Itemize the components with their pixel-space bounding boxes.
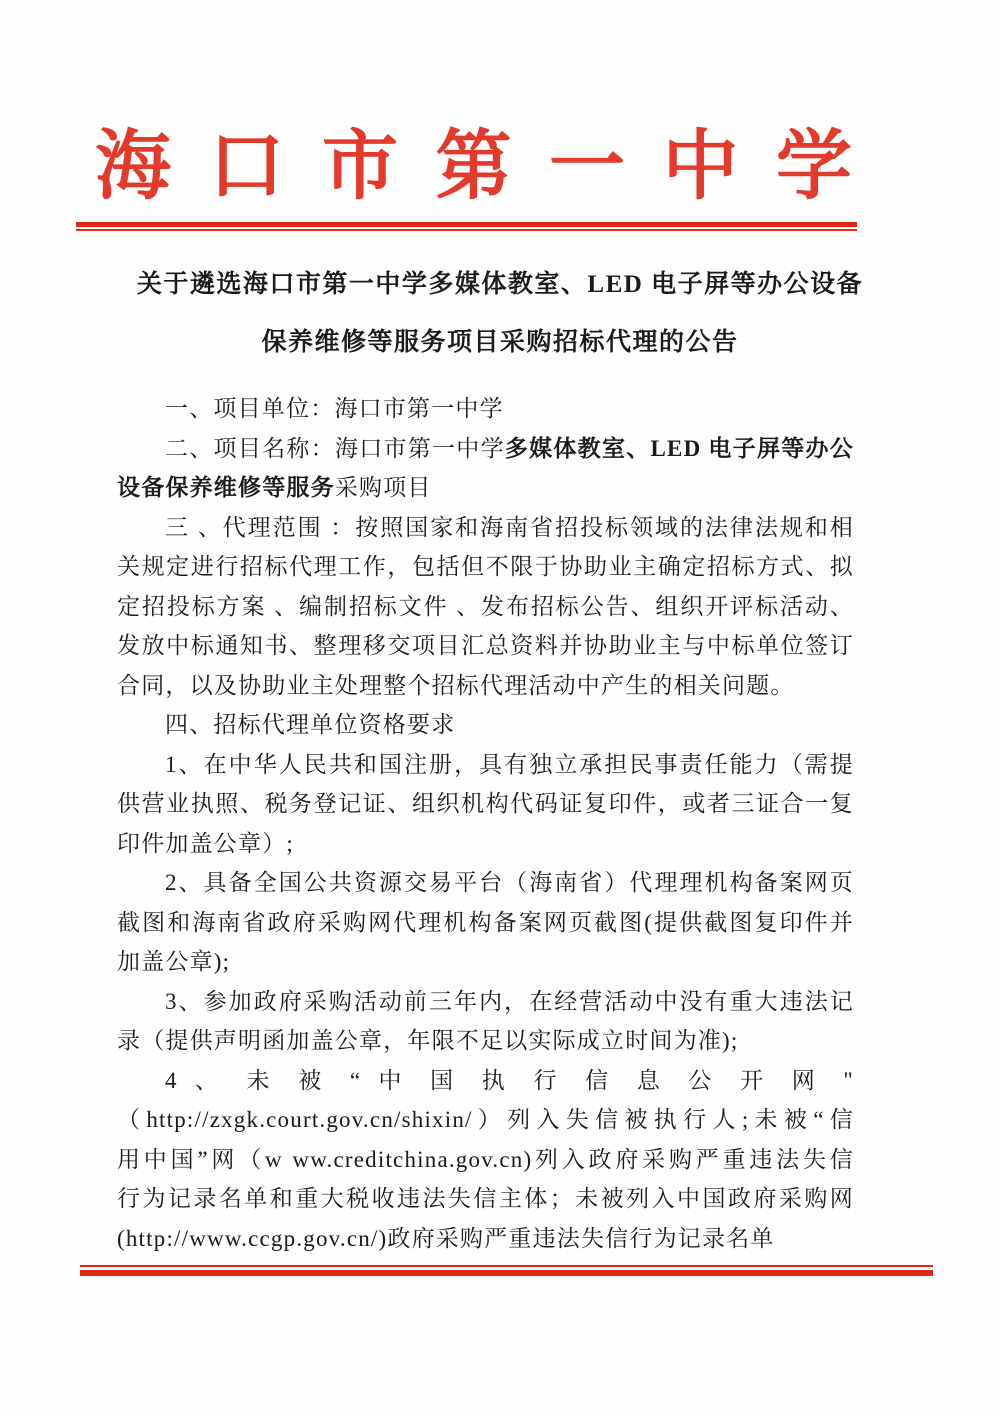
body-line: 用中国”网（w ww.creditchina.gov.cn)列入政府采购严重违法…: [117, 1140, 854, 1180]
body-line: 发放中标通知书、整理移交项目汇总资料并协助业主与中标单位签订: [117, 626, 854, 666]
body-line: (http://www.ccgp.gov.cn/)政府采购严重违法失信行为记录名…: [117, 1219, 854, 1259]
announcement-title-line1: 关于遴选海口市第一中学多媒体教室、LED 电子屏等办公设备: [0, 270, 1000, 300]
body-line: 截图和海南省政府采购网代理机构备案网页截图(提供截图复印件并: [117, 903, 854, 943]
body-line: 2、具备全国公共资源交易平台（海南省）代理理机构备案网页: [117, 863, 854, 903]
text-run: 二、项目名称：海口市第一中学: [165, 436, 505, 461]
body-line: 一、项目单位：海口市第一中学: [117, 389, 854, 429]
announcement-title-line2: 保养维修等服务项目采购招标代理的公告: [0, 328, 1000, 358]
body-line: 三 、代理范围 ：按照国家和海南省招投标领域的法律法规和相: [117, 508, 854, 548]
letterhead-char: 口: [209, 118, 285, 214]
text-run-bold: 设备保养维修等服务: [117, 475, 335, 500]
body-line: 1、在中华人民共和国注册，具有独立承担民事责任能力（需提: [117, 745, 854, 785]
body-line: 4 、 未 被 “ 中 国 执 行 信 息 公 开 网 ": [117, 1061, 854, 1101]
body-line: 关规定进行招标代理工作，包括但不限于协助业主确定招标方式、拟: [117, 547, 854, 587]
footer-divider-rule: [80, 1265, 933, 1276]
letterhead-divider-rule: [76, 222, 857, 231]
announcement-document-page: 海 口 市 第 一 中 学 关于遴选海口市第一中学多媒体教室、LED 电子屏等办…: [0, 0, 1000, 1415]
announcement-body: 一、项目单位：海口市第一中学 二、项目名称：海口市第一中学多媒体教室、LED 电…: [117, 389, 854, 1258]
body-line: 录（提供声明函加盖公章，年限不足以实际成立时间为准);: [117, 1021, 854, 1061]
body-line: 行为记录名单和重大税收违法失信主体；未被列入中国政府采购网: [117, 1179, 854, 1219]
body-line: 定招投标方案 、编制招标文件 、发布招标公告、组织开评标活动、: [117, 587, 854, 627]
body-line: 合同，以及协助业主处理整个招标代理活动中产生的相关问题。: [117, 666, 854, 706]
body-line: 供营业执照、税务登记证、组织机构代码证复印件，或者三证合一复: [117, 784, 854, 824]
body-line: （http://zxgk.court.gov.cn/shixin/）列入失信被执…: [117, 1100, 854, 1140]
text-run: 采购项目: [335, 475, 432, 500]
letterhead-char: 市: [322, 118, 398, 214]
letterhead-char: 海: [95, 118, 171, 214]
letterhead-char: 一: [549, 118, 625, 214]
letterhead-char: 中: [663, 118, 739, 214]
body-line: 3、参加政府采购活动前三年内，在经营活动中没有重大违法记: [117, 982, 854, 1022]
body-line: 印件加盖公章）;: [117, 824, 854, 864]
letterhead-school-name: 海 口 市 第 一 中 学: [95, 118, 852, 214]
text-run-bold: 多媒体教室、LED 电子屏等办公: [505, 436, 854, 461]
body-line: 二、项目名称：海口市第一中学多媒体教室、LED 电子屏等办公: [117, 429, 854, 469]
body-line: 四、招标代理单位资格要求: [117, 705, 854, 745]
body-line: 设备保养维修等服务采购项目: [117, 468, 854, 508]
body-line: 加盖公章);: [117, 942, 854, 982]
letterhead-char: 学: [776, 118, 852, 214]
letterhead-char: 第: [436, 118, 512, 214]
